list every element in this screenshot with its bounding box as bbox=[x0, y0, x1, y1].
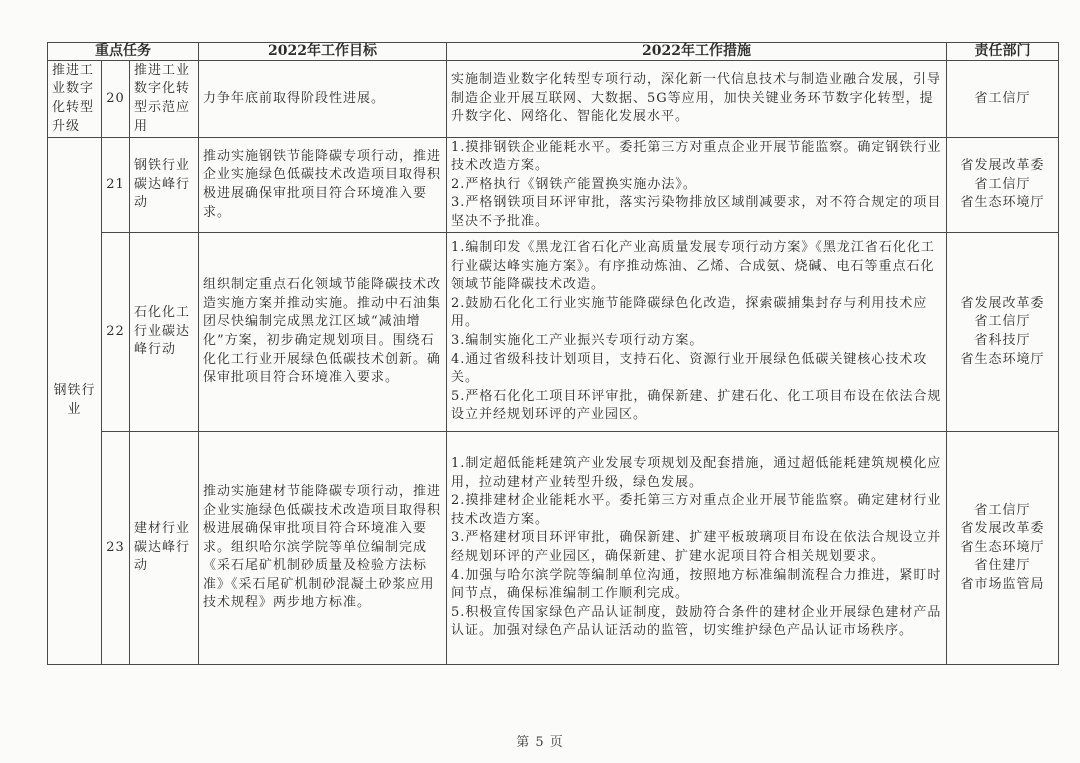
responsible-departments: 省发展改革委 省工信厅 省生态环境厅 bbox=[947, 138, 1059, 233]
task-number: 23 bbox=[102, 432, 130, 665]
task-number: 21 bbox=[102, 138, 130, 233]
header-key-tasks: 重点任务 bbox=[48, 43, 199, 61]
task-name: 石化化工行业碳达峰行动 bbox=[130, 233, 199, 432]
task-measures: 1.编制印发《黑龙江省石化产业高质量发展专项行动方案》《黑龙江省石化化工行业碳达… bbox=[447, 233, 947, 432]
measure-item: 1.摸排钢铁企业能耗水平。委托第三方对重点企业开展节能监察。确定钢铁行业技术改造… bbox=[451, 139, 942, 176]
measure-item: 5.积极宣传国家绿色产品认证制度，鼓励符合条件的建材企业开展绿色建材产品认证。加… bbox=[451, 604, 942, 641]
header-responsible-dept: 责任部门 bbox=[947, 43, 1059, 61]
department: 省发展改革委 bbox=[951, 520, 1054, 539]
measure-item: 5.严格石化化工项目环评审批，确保新建、扩建石化、化工项目布设在依法合规设立并经… bbox=[451, 388, 942, 425]
department: 省市场监管局 bbox=[951, 576, 1054, 595]
key-tasks-table: 重点任务 2022年工作目标 2022年工作措施 责任部门 推进工业数字化转型升… bbox=[47, 42, 1059, 665]
department: 省住建厅 bbox=[951, 557, 1054, 576]
responsible-departments: 省发展改革委 省工信厅 省科技厅 省生态环境厅 bbox=[947, 233, 1059, 432]
category-cell: 推进工业数字化转型升级 bbox=[48, 61, 102, 138]
department: 省工信厅 bbox=[951, 313, 1054, 332]
department: 省生态环境厅 bbox=[951, 539, 1054, 558]
task-name: 推进工业数字化转型示范应用 bbox=[130, 61, 199, 138]
measure-item: 3.编制实施化工产业振兴专项行动方案。 bbox=[451, 332, 942, 351]
department: 省发展改革委 bbox=[951, 157, 1054, 176]
task-goal: 组织制定重点石化领域节能降碳技术改造实施方案并推动实施。推动中石油集团尽快编制完… bbox=[199, 233, 447, 432]
table-row: 推进工业数字化转型升级 20 推进工业数字化转型示范应用 力争年底前取得阶段性进… bbox=[48, 61, 1059, 138]
task-goal: 力争年底前取得阶段性进展。 bbox=[199, 61, 447, 138]
task-measures: 1.制定超低能耗建筑产业发展专项规划及配套措施，通过超低能耗建筑规模化应用，拉动… bbox=[447, 432, 947, 665]
measure-item: 4.通过省级科技计划项目，支持石化、资源行业开展绿色低碳关键核心技术攻关。 bbox=[451, 351, 942, 388]
task-goal: 推动实施建材节能降碳专项行动，推进企业实施绿色低碳技术改造项目取得积极进展确保审… bbox=[199, 432, 447, 665]
department: 省工信厅 bbox=[951, 176, 1054, 195]
responsible-departments: 省工信厅 bbox=[947, 61, 1059, 138]
header-measures-2022: 2022年工作措施 bbox=[447, 43, 947, 61]
department: 省生态环境厅 bbox=[951, 351, 1054, 370]
measure-item: 4.加强与哈尔滨学院等编制单位沟通，按照地方标准编制流程合力推进，紧盯时间节点，… bbox=[451, 567, 942, 604]
table-row: 23 建材行业碳达峰行动 推动实施建材节能降碳专项行动，推进企业实施绿色低碳技术… bbox=[48, 432, 1059, 665]
table-row: 22 石化化工行业碳达峰行动 组织制定重点石化领域节能降碳技术改造实施方案并推动… bbox=[48, 233, 1059, 432]
department: 省发展改革委 bbox=[951, 295, 1054, 314]
task-goal: 推动实施钢铁节能降碳专项行动，推进企业实施绿色低碳技术改造项目取得积极进展确保审… bbox=[199, 138, 447, 233]
task-number: 22 bbox=[102, 233, 130, 432]
department: 省科技厅 bbox=[951, 332, 1054, 351]
measure-item: 1.编制印发《黑龙江省石化产业高质量发展专项行动方案》《黑龙江省石化化工行业碳达… bbox=[451, 239, 942, 295]
page-number: 第 5 页 bbox=[0, 731, 1080, 750]
table-row: 钢铁行业 21 钢铁行业碳达峰行动 推动实施钢铁节能降碳专项行动，推进企业实施绿… bbox=[48, 138, 1059, 233]
task-measures: 1.摸排钢铁企业能耗水平。委托第三方对重点企业开展节能监察。确定钢铁行业技术改造… bbox=[447, 138, 947, 233]
header-goals-2022: 2022年工作目标 bbox=[199, 43, 447, 61]
measure-item: 2.鼓励石化化工行业实施节能降碳绿色化改造，探索碳捕集封存与利用技术应用。 bbox=[451, 295, 942, 332]
task-name: 建材行业碳达峰行动 bbox=[130, 432, 199, 665]
department: 省生态环境厅 bbox=[951, 194, 1054, 213]
responsible-departments: 省工信厅 省发展改革委 省生态环境厅 省住建厅 省市场监管局 bbox=[947, 432, 1059, 665]
department: 省工信厅 bbox=[951, 90, 1054, 109]
task-name: 钢铁行业碳达峰行动 bbox=[130, 138, 199, 233]
task-number: 20 bbox=[102, 61, 130, 138]
category-cell: 钢铁行业 bbox=[48, 138, 102, 665]
measure-item: 2.摸排建材企业能耗水平。委托第三方对重点企业开展节能监察。确定建材行业技术改造… bbox=[451, 492, 942, 529]
table-header-row: 重点任务 2022年工作目标 2022年工作措施 责任部门 bbox=[48, 43, 1059, 61]
measure-item: 1.制定超低能耗建筑产业发展专项规划及配套措施，通过超低能耗建筑规模化应用，拉动… bbox=[451, 455, 942, 492]
measure-item: 3.严格钢铁项目环评审批，落实污染物排放区域削减要求，对不符合规定的项目坚决不予… bbox=[451, 194, 942, 231]
department: 省工信厅 bbox=[951, 502, 1054, 521]
measure-item: 实施制造业数字化转型专项行动，深化新一代信息技术与制造业融合发展，引导制造企业开… bbox=[451, 71, 942, 127]
measure-item: 2.严格执行《钢铁产能置换实施办法》。 bbox=[451, 176, 942, 195]
measure-item: 3.严格建材项目环评审批，确保新建、扩建平板玻璃项目布设在依法合规设立并经规划环… bbox=[451, 529, 942, 566]
task-measures: 实施制造业数字化转型专项行动，深化新一代信息技术与制造业融合发展，引导制造企业开… bbox=[447, 61, 947, 138]
